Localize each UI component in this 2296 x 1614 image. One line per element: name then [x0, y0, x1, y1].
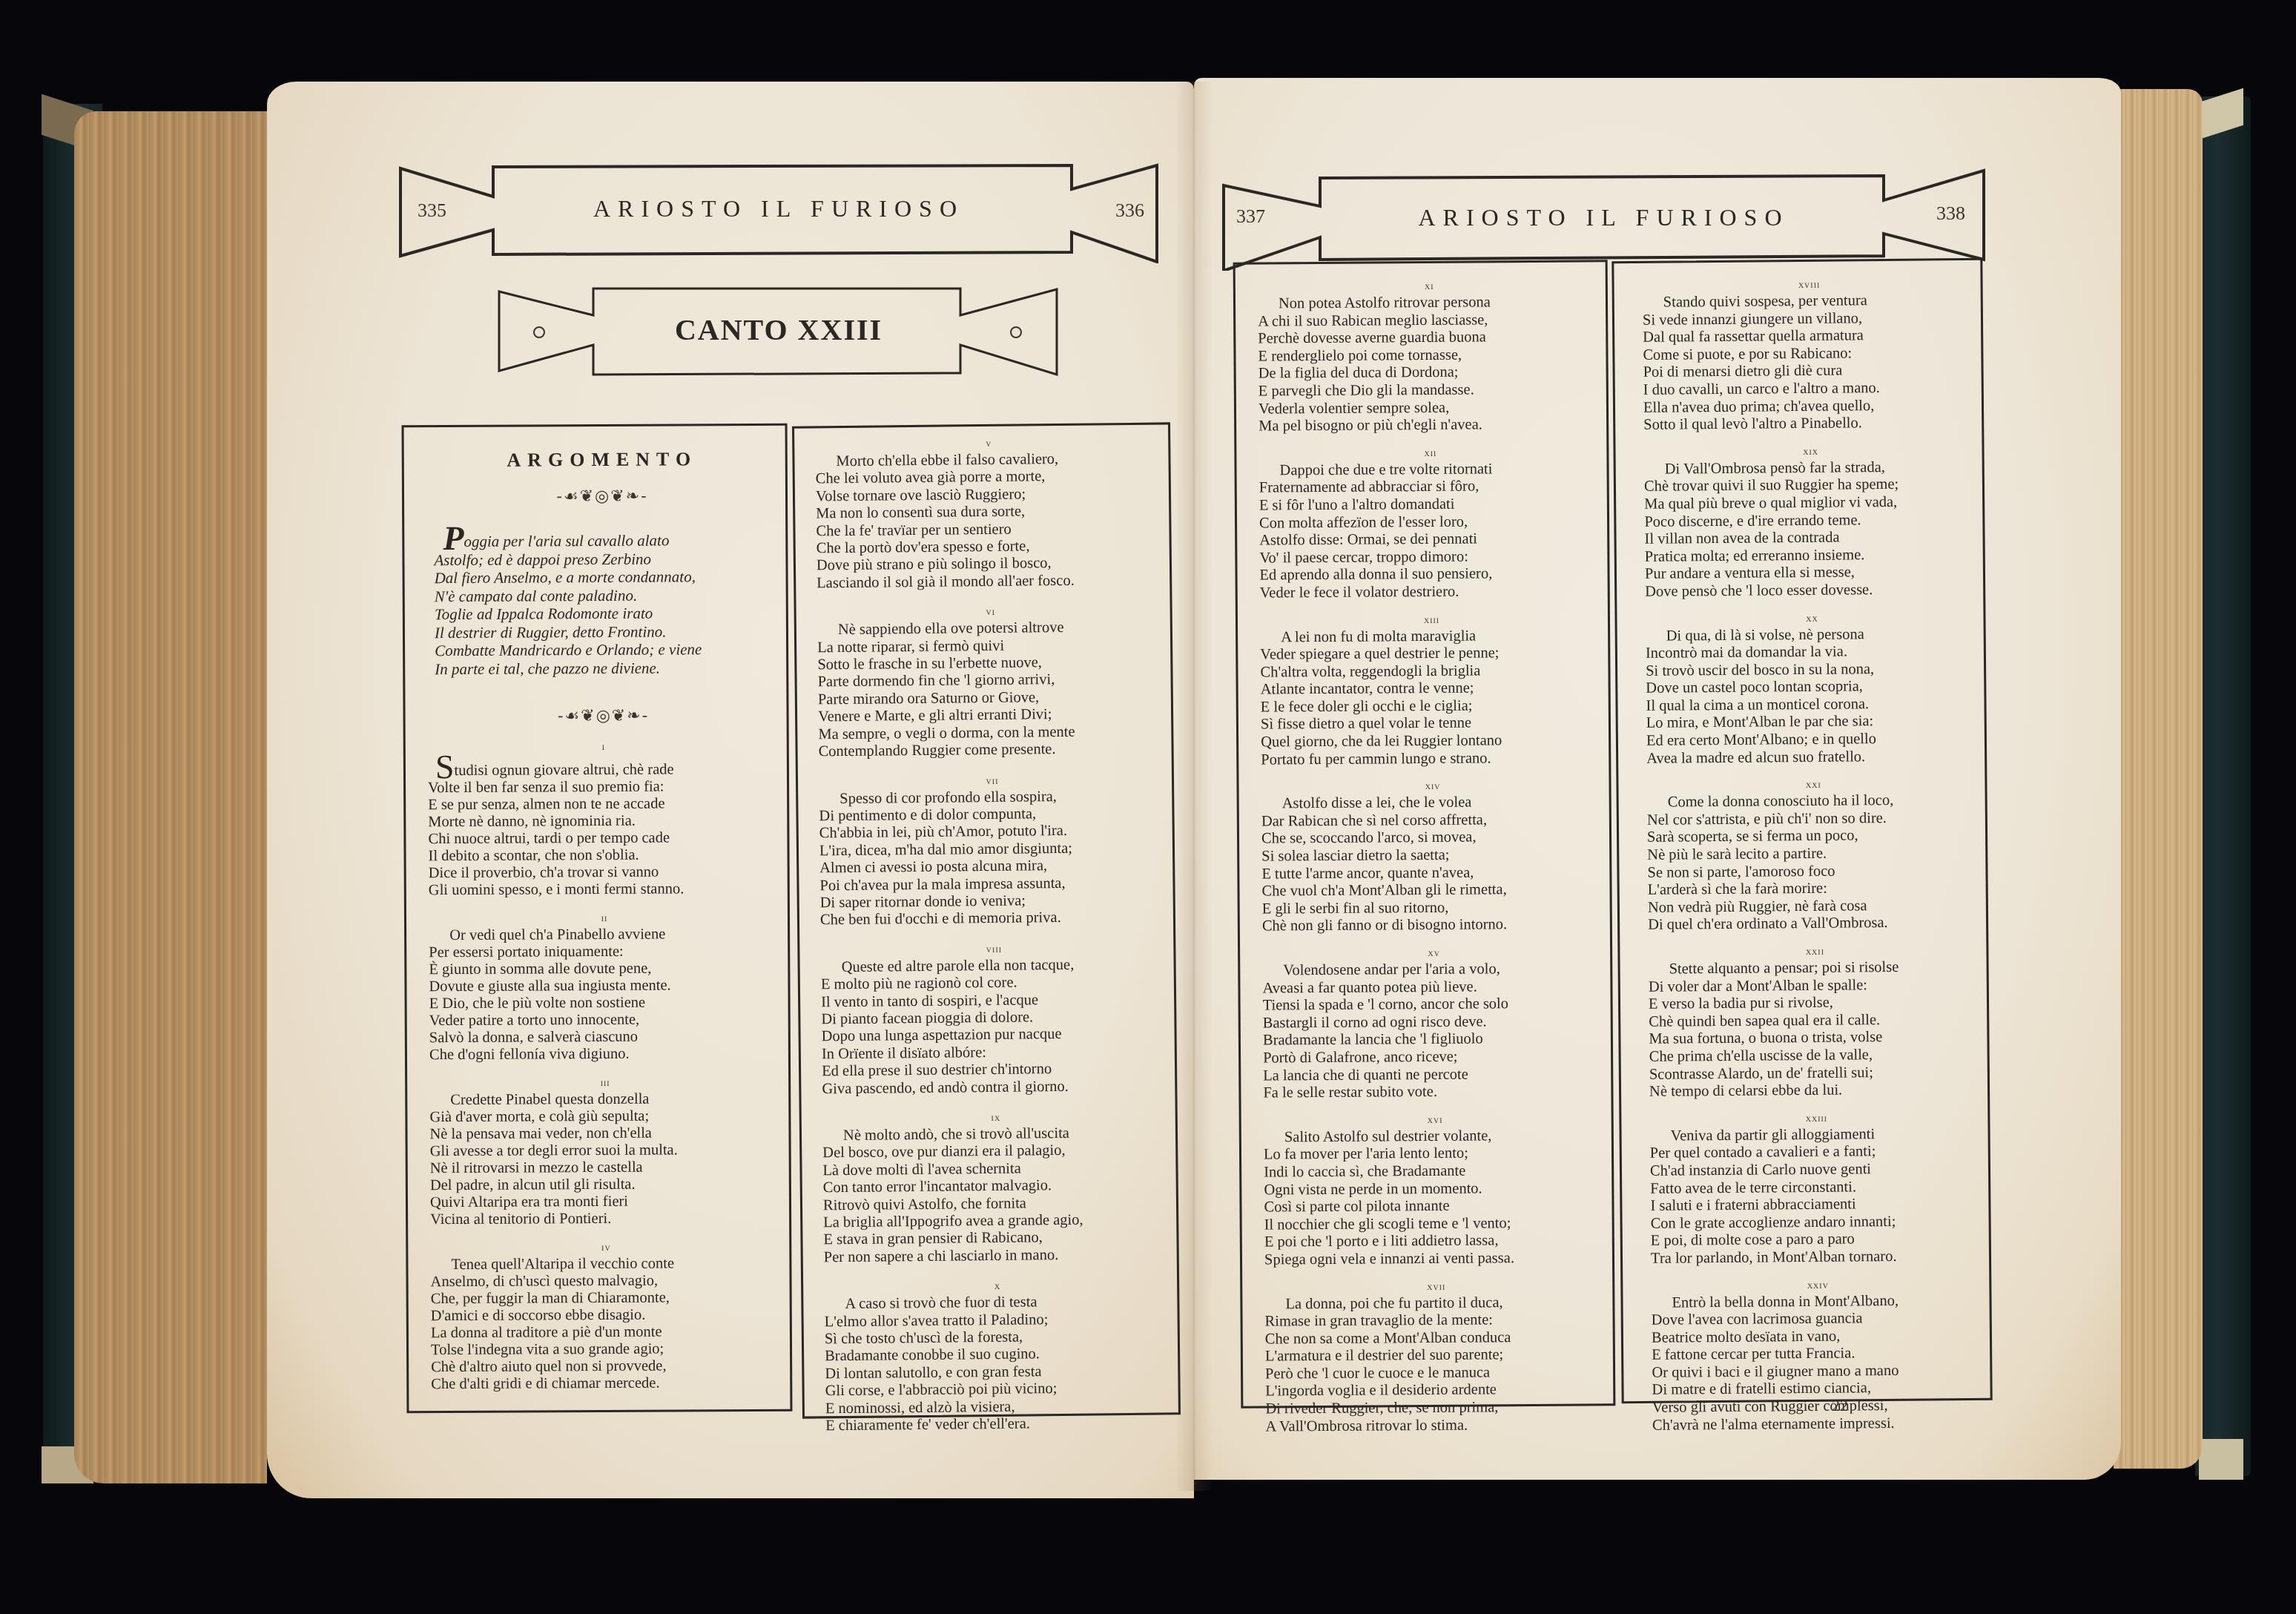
left-page-column-2: VMorto ch'ella ebbe il falso cavaliero,C…: [792, 422, 1181, 1418]
stanza: XXIIIVeniva da partir gli alloggiamentiP…: [1649, 1110, 1985, 1268]
argomento-line: In parte ei tal, che pazzo ne diviene.: [435, 658, 779, 678]
verse-line: Lasciando il sol già il mondo all'aer fo…: [817, 571, 1164, 592]
verse-line: Dice il proverbio, ch'a trovar si vanno: [429, 863, 780, 882]
verse-line: Morte nè danno, nè ignominia ria.: [428, 812, 779, 831]
verse-line: Portò di Galafrone, anco riceve;: [1263, 1047, 1606, 1067]
verse-line: Si solea lasciar dietro la saetta;: [1261, 846, 1605, 866]
verse-line: Bradamante la lancia che 'l figliuolo: [1263, 1030, 1606, 1050]
left-page-column-1: ARGOMENTO -☙❦◎❦❧- Poggia per l'aria sul …: [402, 424, 793, 1414]
page-edges-right: [2114, 89, 2203, 1469]
verse-line: De la figlia del duca di Dordona;: [1258, 363, 1602, 383]
verse-line: Chi nuoce altrui, tardi o per tempo cade: [428, 829, 779, 848]
fleuron-ornament-icon: -☙❦◎❦❧-: [428, 706, 779, 726]
verse-line: Tolse l'indegna vita a suo grande agio;: [431, 1340, 782, 1359]
verse-line: Del padre, in alcun util gli risulta.: [430, 1176, 782, 1194]
stanza: IIOr vedi quel ch'a Pinabello avvienePer…: [429, 911, 781, 1064]
stanza: XVVolendosene andar per l'aria a volo,Av…: [1262, 945, 1606, 1102]
verse-line: Il nocchier che gli scogli teme e 'l ven…: [1264, 1214, 1608, 1234]
verse-line: Salvò la donna, e salverà ciascuno: [429, 1028, 781, 1047]
verse-line: Dappoi che due e tre volte ritornati: [1258, 460, 1602, 480]
verse-line: Chè non gli fanno or di bisogno intorno.: [1262, 916, 1606, 936]
verse-line: Che d'ogni fellonía viva digiuno.: [429, 1045, 781, 1064]
verse-line: Aveasi a far quanto potea più lieve.: [1262, 978, 1606, 998]
stanza: XIIIA lei non fu di molta maravigliaVede…: [1260, 612, 1604, 769]
verse-line: Gli avesse a tor degli error suoi la mul…: [430, 1142, 782, 1160]
stanza: XXICome la donna conosciuto ha il loco,N…: [1646, 777, 1982, 935]
book-gutter: [1175, 82, 1213, 1491]
verse-line: Giva pascendo, ed andò contra il giorno.: [822, 1077, 1169, 1098]
verse-line: Il debito a scontar, che non s'oblia.: [429, 846, 780, 865]
verse-line: Vicina al tenitorio di Pontieri.: [430, 1210, 782, 1228]
verse-line: E gli le serbi fin al suo ritorno,: [1262, 898, 1606, 918]
verse-line: Dove pensò che 'l loco esser dovesse.: [1645, 581, 1979, 602]
stanza-list: VMorto ch'ella ebbe il falso cavaliero,C…: [815, 435, 1172, 1435]
page-edges-left: [74, 111, 267, 1483]
verse-line: Perchè dovesse averne guardia buona: [1258, 329, 1601, 349]
fleuron-ornament-icon: -☙❦◎❦❧-: [426, 487, 778, 507]
verse-line: Già d'aver morta, e colà giù sepulta;: [429, 1107, 781, 1126]
verse-line: Di quel ch'era ordinato a Vall'Ombrosa.: [1648, 914, 1982, 935]
stanza: XIXDi Vall'Ombrosa pensò far la strada,C…: [1643, 444, 1979, 602]
verse-line: La donna al traditore a piè d'un monte: [431, 1323, 782, 1342]
verse-line: E chiaramente fe' veder ch'ell'era.: [825, 1414, 1172, 1435]
argomento-line: Toglie ad Ippalca Rodomonte irato: [435, 604, 779, 624]
stanza-list: IStudisi ognun giovare altrui, chè radeV…: [428, 740, 783, 1393]
stanza: XIIDappoi che due e tre volte ritornatiF…: [1258, 445, 1603, 602]
verse-line: Fa le selle restar subito vote.: [1263, 1082, 1606, 1102]
verse-line: A chi il suo Rabican meglio lasciasse,: [1258, 311, 1601, 331]
stanza-number: IV: [430, 1240, 782, 1256]
verse-line: A Vall'Ombrosa ritrovar lo stima.: [1265, 1416, 1609, 1436]
verse-line: Lo fa mover per l'aria lento lento;: [1264, 1144, 1607, 1165]
verse-line: Che non sa come a Mont'Alban conduca: [1265, 1328, 1609, 1348]
verse-line: La donna, poi che fu partito il duca,: [1264, 1294, 1608, 1314]
right-page-column-1: XINon potea Astolfo ritrovar personaA ch…: [1233, 260, 1616, 1408]
verse-line: Per essersi portato iniquamente:: [429, 943, 780, 961]
verse-line: Ch'avrà ne l'alma eternamente impressi.: [1652, 1414, 1986, 1435]
running-title: ARIOSTO IL FURIOSO: [397, 195, 1161, 223]
verse-line: Non potea Astolfo ritrovar persona: [1258, 293, 1601, 313]
argomento-heading: ARGOMENTO: [426, 448, 778, 472]
verse-line: E se pur senza, almen non te ne accade: [428, 795, 779, 814]
verse-line: Che vuol ch'a Mont'Alban gli le rimetta,: [1261, 881, 1605, 901]
verse-line: Ch'altra volta, reggendogli la briglia: [1260, 662, 1603, 682]
verse-line: E tutte l'arme ancor, quante n'avea,: [1261, 863, 1605, 883]
page-number-336: 336: [1115, 200, 1144, 222]
book-cover-right: [2195, 96, 2251, 1476]
verse-line: Tenea quell'Altaripa il vecchio conte: [430, 1255, 782, 1274]
verse-line: Credette Pinabel questa donzella: [429, 1090, 781, 1109]
verse-line-text: tudisi ognun giovare altrui, chè rade: [454, 761, 673, 779]
verse-line: Tiensi la spada e 'l corno, ancor che so…: [1263, 995, 1606, 1015]
verse-line: Atlante incantator, contra le venne;: [1261, 679, 1604, 699]
verse-line: Rimase in gran travaglio de la mente:: [1265, 1311, 1609, 1331]
verse-line: Nè tempo di celarsi ebbe da lui.: [1649, 1081, 1983, 1101]
canto-title: CANTO XXIII: [497, 312, 1060, 347]
verse-line: Tra lor parlando, in Mont'Alban tornaro.: [1651, 1248, 1985, 1268]
verse-line: La lancia che di quanti ne percote: [1263, 1065, 1606, 1085]
verse-line: Volte il ben far senza il suo premio fia…: [428, 778, 779, 797]
verse-line: E poi che 'l porto e i liti addietro las…: [1264, 1232, 1608, 1252]
verse-line: Bastargli il corno ad ogni risco deve.: [1263, 1012, 1606, 1032]
verse-line: Veder le fece il volator destriero.: [1260, 582, 1603, 602]
verse-line: Spiega ogni vela e innanzi ai venti pass…: [1264, 1249, 1608, 1269]
verse-line: E parvegli che Dio gli la mandasse.: [1258, 381, 1602, 401]
verse-line: D'amici e di soccorso ebbe disagio.: [431, 1306, 782, 1325]
stanza: XINon potea Astolfo ritrovar personaA ch…: [1258, 278, 1602, 435]
verse-line: Volendosene andar per l'aria a volo,: [1262, 960, 1606, 980]
verse-line: Quivi Altaripa era tra monti fieri: [430, 1193, 782, 1211]
stanza: XVIIIStando quivi sospesa, per venturaSi…: [1643, 277, 1978, 435]
stanza-number: II: [429, 911, 780, 927]
verse-line: È giunto in somma alle dovute pene,: [429, 960, 780, 978]
canto-title-banner: CANTO XXIII: [497, 286, 1060, 378]
verse-line: Nè il ritrovarsi in mezzo le castella: [430, 1159, 782, 1177]
verse-line: Nè la pensava mai veder, non ch'ella: [429, 1124, 781, 1143]
right-page-column-2: XVIIIStando quivi sospesa, per venturaSi…: [1612, 258, 1992, 1403]
verse-line: Che ben fui d'occhi e di memoria priva.: [820, 909, 1167, 929]
stanza: XXIIStette alquanto a pensar; poi si ris…: [1648, 943, 1983, 1101]
verse-line: Or vedi quel ch'a Pinabello avviene: [429, 926, 780, 944]
verse-line: Gli uomini spesso, e i monti fermi stann…: [429, 880, 780, 899]
verse-line: Con molta affezïon de l'esser loro,: [1259, 513, 1603, 533]
verse-line: Ma pel bisogno or più ch'egli n'avea.: [1258, 415, 1602, 435]
verse-line: Contemplando Ruggier come presente.: [818, 740, 1165, 761]
stanza-list: XVIIIStando quivi sospesa, per venturaSi…: [1643, 277, 1987, 1435]
stanza: XVISalito Astolfo sul destrier volante,L…: [1264, 1112, 1608, 1269]
verse-line: Astolfo disse: Ormai, se dei pennati: [1259, 530, 1603, 550]
stanza: VINè sappiendo ella ove potersi altroveL…: [817, 604, 1166, 761]
verse-line: Indi lo caccia sì, che Bradamante: [1264, 1162, 1607, 1182]
stanza: XA caso si trovò che fuor di testaL'elmo…: [824, 1278, 1172, 1435]
verse-line: Veder spiegare a quel destrier le penne;: [1260, 644, 1603, 664]
verse-line: Vo' il paese cercar, troppo dimoro:: [1259, 547, 1603, 567]
argomento-line: oggia per l'aria sul cavallo alato: [464, 531, 669, 550]
verse-line: Portato fu per cammin lungo e strano.: [1261, 749, 1604, 769]
signature-mark: 22: [1832, 1396, 1848, 1415]
stanza-number: I: [428, 740, 779, 756]
stanza: VMorto ch'ella ebbe il falso cavaliero,C…: [815, 435, 1164, 592]
verse-line: E le fece doler gli occhi e le ciglia;: [1261, 696, 1604, 717]
stanza-list: XINon potea Astolfo ritrovar personaA ch…: [1258, 278, 1609, 1435]
verse-line: Avea la madre ed alcun suo fratello.: [1646, 748, 1980, 768]
stanza: XIVAstolfo disse a lei, che le voleaDar …: [1261, 779, 1605, 936]
verse-line: Quel giorno, che da lei Ruggier lontano: [1261, 731, 1604, 751]
stanza: IIICredette Pinabel questa donzellaGià d…: [429, 1076, 782, 1228]
verse-line: E si fôr l'uno a l'altro domandati: [1259, 495, 1603, 515]
stanza: IXNè molto andò, che si trovò all'uscita…: [822, 1109, 1171, 1266]
stanza: XXIVEntrò la bella donna in Mont'Albano,…: [1651, 1277, 1986, 1435]
verse-line: Sì fisse dietro a quel volar le tenne: [1261, 714, 1604, 734]
verse-line: Veder patire a torto uno innocente,: [429, 1011, 781, 1030]
right-running-header: 337 ARIOSTO IL FURIOSO 338: [1220, 159, 1987, 271]
stanza: IVTenea quell'Altaripa il vecchio conteA…: [430, 1240, 782, 1393]
argomento-line: N'è campato dal conte paladino.: [435, 585, 779, 605]
argomento-line: Dal fiero Anselmo, e a morte condannato,: [435, 567, 779, 587]
verse-line: Astolfo disse a lei, che le volea: [1261, 794, 1605, 814]
stanza: IStudisi ognun giovare altrui, chè radeV…: [428, 740, 780, 899]
argomento-line: Il destrier di Ruggier, detto Frontino.: [435, 622, 779, 642]
verse-line: E renderglielo poi come tornasse,: [1258, 346, 1601, 366]
stanza: XXDi qua, di là si volse, nè personaInco…: [1645, 610, 1980, 768]
page-number-338: 338: [1936, 202, 1965, 225]
verse-line: Studisi ognun giovare altrui, chè rade: [428, 754, 779, 780]
verse-line: Però che 'l cuor le cuoce e le manuca: [1265, 1363, 1609, 1383]
stanza: VIISpesso di cor profondo ella sospira,D…: [819, 772, 1167, 929]
running-title: ARIOSTO IL FURIOSO: [1220, 204, 1987, 231]
verse-line: Vederla volentier sempre solea,: [1258, 398, 1602, 418]
verse-line: L'armatura e il destrier del suo parente…: [1265, 1346, 1609, 1366]
stanza: XVIILa donna, poi che fu partito il duca…: [1264, 1279, 1609, 1436]
argomento-line: Astolfo; ed è dappoi preso Zerbino: [434, 549, 778, 569]
stanza-number: III: [429, 1076, 781, 1092]
verse-line: Sotto il qual levò l'altro a Pinabello.: [1643, 414, 1977, 435]
verse-line: Chè d'altro aiuto quel non si provvede,: [431, 1357, 782, 1376]
verse-line: Salito Astolfo sul destrier volante,: [1264, 1127, 1607, 1147]
verse-line: Che d'alti gridi e di chiamar mercede.: [431, 1374, 782, 1393]
verse-line: Dovute e giuste alla sua ingiusta mente.: [429, 977, 780, 995]
verse-line: Così si parte col pilota innante: [1264, 1196, 1607, 1216]
verse-line: L'ingorda voglia e il desiderio ardente: [1265, 1381, 1609, 1401]
argomento-text: Poggia per l'aria sul cavallo alato Asto…: [426, 526, 779, 678]
stanza: VIIIQueste ed altre parole ella non tacq…: [820, 941, 1169, 1098]
left-running-header: 335 ARIOSTO IL FURIOSO 336: [397, 159, 1161, 263]
verse-line: E Dio, che le più volte non sostiene: [429, 994, 781, 1012]
verse-line: Ed aprendo alla donna il suo pensiero,: [1259, 565, 1603, 585]
verse-line: Anselmo, di ch'uscì questo malvagio,: [431, 1272, 782, 1291]
verse-line: Ogni vista ne perde in un momento.: [1264, 1179, 1607, 1199]
argomento-line: Combatte Mandricardo e Orlando; e viene: [435, 640, 779, 660]
verse-line: Che, per fuggir la man di Chiaramonte,: [431, 1289, 782, 1308]
verse-line: Di riveder Ruggier, che, se non prima,: [1265, 1398, 1609, 1418]
verse-line: Fraternamente ad abbracciar si fôro,: [1259, 478, 1603, 498]
verse-line: Che se, scoccando l'arco, si movea,: [1261, 829, 1605, 849]
cover-corner-bottom-right: [2199, 1439, 2243, 1480]
verse-line: Dar Rabican che sì nel corso affretta,: [1261, 811, 1605, 831]
verse-line: A lei non fu di molta maraviglia: [1260, 627, 1603, 647]
verse-line: Per non sapere a chi lasciarlo in mano.: [824, 1245, 1171, 1266]
